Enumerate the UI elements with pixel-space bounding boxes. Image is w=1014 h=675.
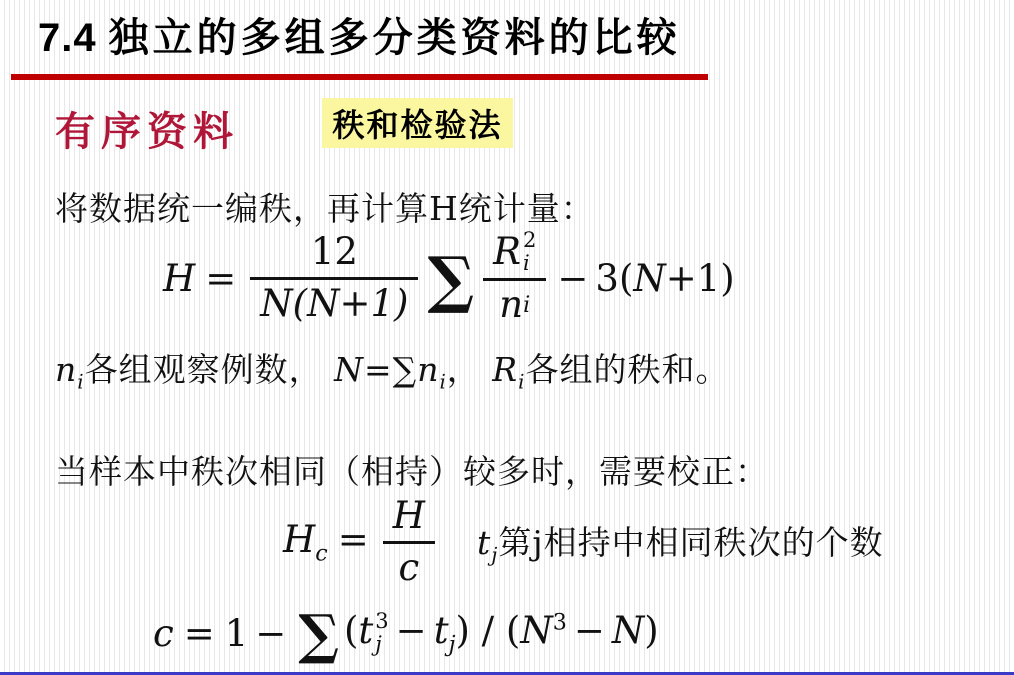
slide: 7.4独立的多组多分类资料的比较 有序资料 秩和检验法 将数据统一编秩，再计算H… (0, 0, 1014, 675)
note-text: 各组观察例数， (85, 350, 335, 389)
fraction-numerator: 12 (301, 231, 368, 274)
fraction-bar (483, 278, 546, 281)
note-text: 第j相持中相同秩次的个数 (498, 523, 883, 562)
var-n: n (499, 284, 523, 327)
ni-definition-note: ni各组观察例数， N=∑ni， Ri各组的秩和。 (55, 344, 729, 394)
subscript: c (315, 540, 327, 566)
equals-sign: = (184, 612, 215, 655)
subscript: i (523, 252, 530, 275)
var-t: t (434, 609, 449, 652)
fraction-12-over-N-N-plus-1: 12 N(N+1) (250, 231, 418, 325)
subscript: i (77, 371, 84, 394)
minus-sign: − (396, 609, 427, 652)
var-N: N (633, 257, 665, 300)
superscript: 3 (553, 609, 567, 635)
h-statistic-formula: H= 12 N(N+1) ∑ R2i ni −3(N+1) (163, 222, 735, 334)
number-one: 1 (225, 612, 249, 655)
note-text: 各组的秩和。 (525, 350, 729, 389)
var-t: t (358, 609, 373, 652)
minus-sign: − (557, 257, 588, 300)
equals-sign: = (205, 257, 236, 300)
fraction-H-over-c: H c (383, 495, 435, 589)
superscript: 3 (375, 610, 388, 633)
ordered-data-label: 有序资料 (55, 100, 239, 157)
subscript: i (523, 293, 530, 319)
fraction-denominator: N(N+1) (250, 283, 418, 326)
var-N: N (612, 609, 644, 652)
var-H: H (393, 494, 425, 537)
section-title: 独立的多组多分类资料的比较 (109, 14, 681, 61)
title-rule (11, 74, 708, 80)
var-N: N (520, 609, 552, 652)
method-label: 秩和检验法 (332, 100, 502, 146)
fraction-bar (383, 541, 435, 544)
summation-sign: ∑ (427, 251, 474, 310)
var-N: N (334, 350, 364, 389)
c-correction-formula: c=1− ∑ (t3j−tj) / (N3−N) (153, 594, 659, 672)
subscript: j (375, 633, 382, 656)
var-R: R (492, 350, 518, 389)
sup-sub-stack: 3j (375, 610, 388, 656)
coefficient: 3( (595, 257, 633, 300)
minus-sign: − (574, 609, 605, 652)
open-paren: ( (344, 609, 358, 652)
summation-sign: ∑ (298, 609, 339, 660)
fraction-numerator: H (383, 495, 435, 538)
minus-sign: − (255, 612, 286, 655)
var-n: n (55, 350, 77, 389)
tie-correction-text: 当样本中秩次相同（相持）较多时，需要校正： (55, 446, 769, 493)
var-c: c (399, 546, 420, 589)
divide-open: ) / ( (455, 609, 520, 652)
tail-close: +1) (666, 257, 735, 300)
fraction-Ri2-over-ni: R2i ni (483, 229, 546, 327)
c-formula-lhs: c=1− (153, 612, 293, 655)
hc-formula: Hc= H c tj第j相持中相同秩次的个数 (283, 494, 884, 590)
subscript: i (439, 371, 446, 394)
den-expression: N(N+1) (260, 282, 408, 325)
page-title: 7.4独立的多组多分类资料的比较 (38, 6, 681, 63)
method-highlight-box: 秩和检验法 (322, 98, 513, 148)
section-number: 7.4 (38, 16, 97, 60)
equals-sum: =∑ (364, 350, 417, 389)
sup-sub-stack: 2i (523, 229, 536, 275)
var-n: n (417, 350, 439, 389)
var-t: t (477, 523, 491, 562)
fraction-numerator: R2i (483, 229, 546, 275)
var-R: R (493, 231, 521, 274)
superscript: 2 (523, 229, 536, 252)
fraction-bar (250, 277, 418, 280)
h-formula-tail: −3(N+1) (550, 257, 734, 300)
hc-formula-lhs: Hc= (283, 518, 379, 566)
var-H: H (163, 257, 195, 300)
comma: ， (447, 350, 493, 389)
close-paren: ) (644, 609, 658, 652)
var-c: c (153, 612, 174, 655)
h-formula-lhs: H= (163, 257, 246, 300)
fraction-denominator: ni (489, 284, 540, 327)
fraction-denominator: c (389, 547, 430, 590)
equals-sign: = (338, 518, 369, 561)
var-H: H (283, 518, 315, 561)
c-formula-body: (t3j−tj) / (N3−N) (344, 609, 659, 657)
tj-definition-note: tj第j相持中相同秩次的个数 (477, 517, 884, 567)
